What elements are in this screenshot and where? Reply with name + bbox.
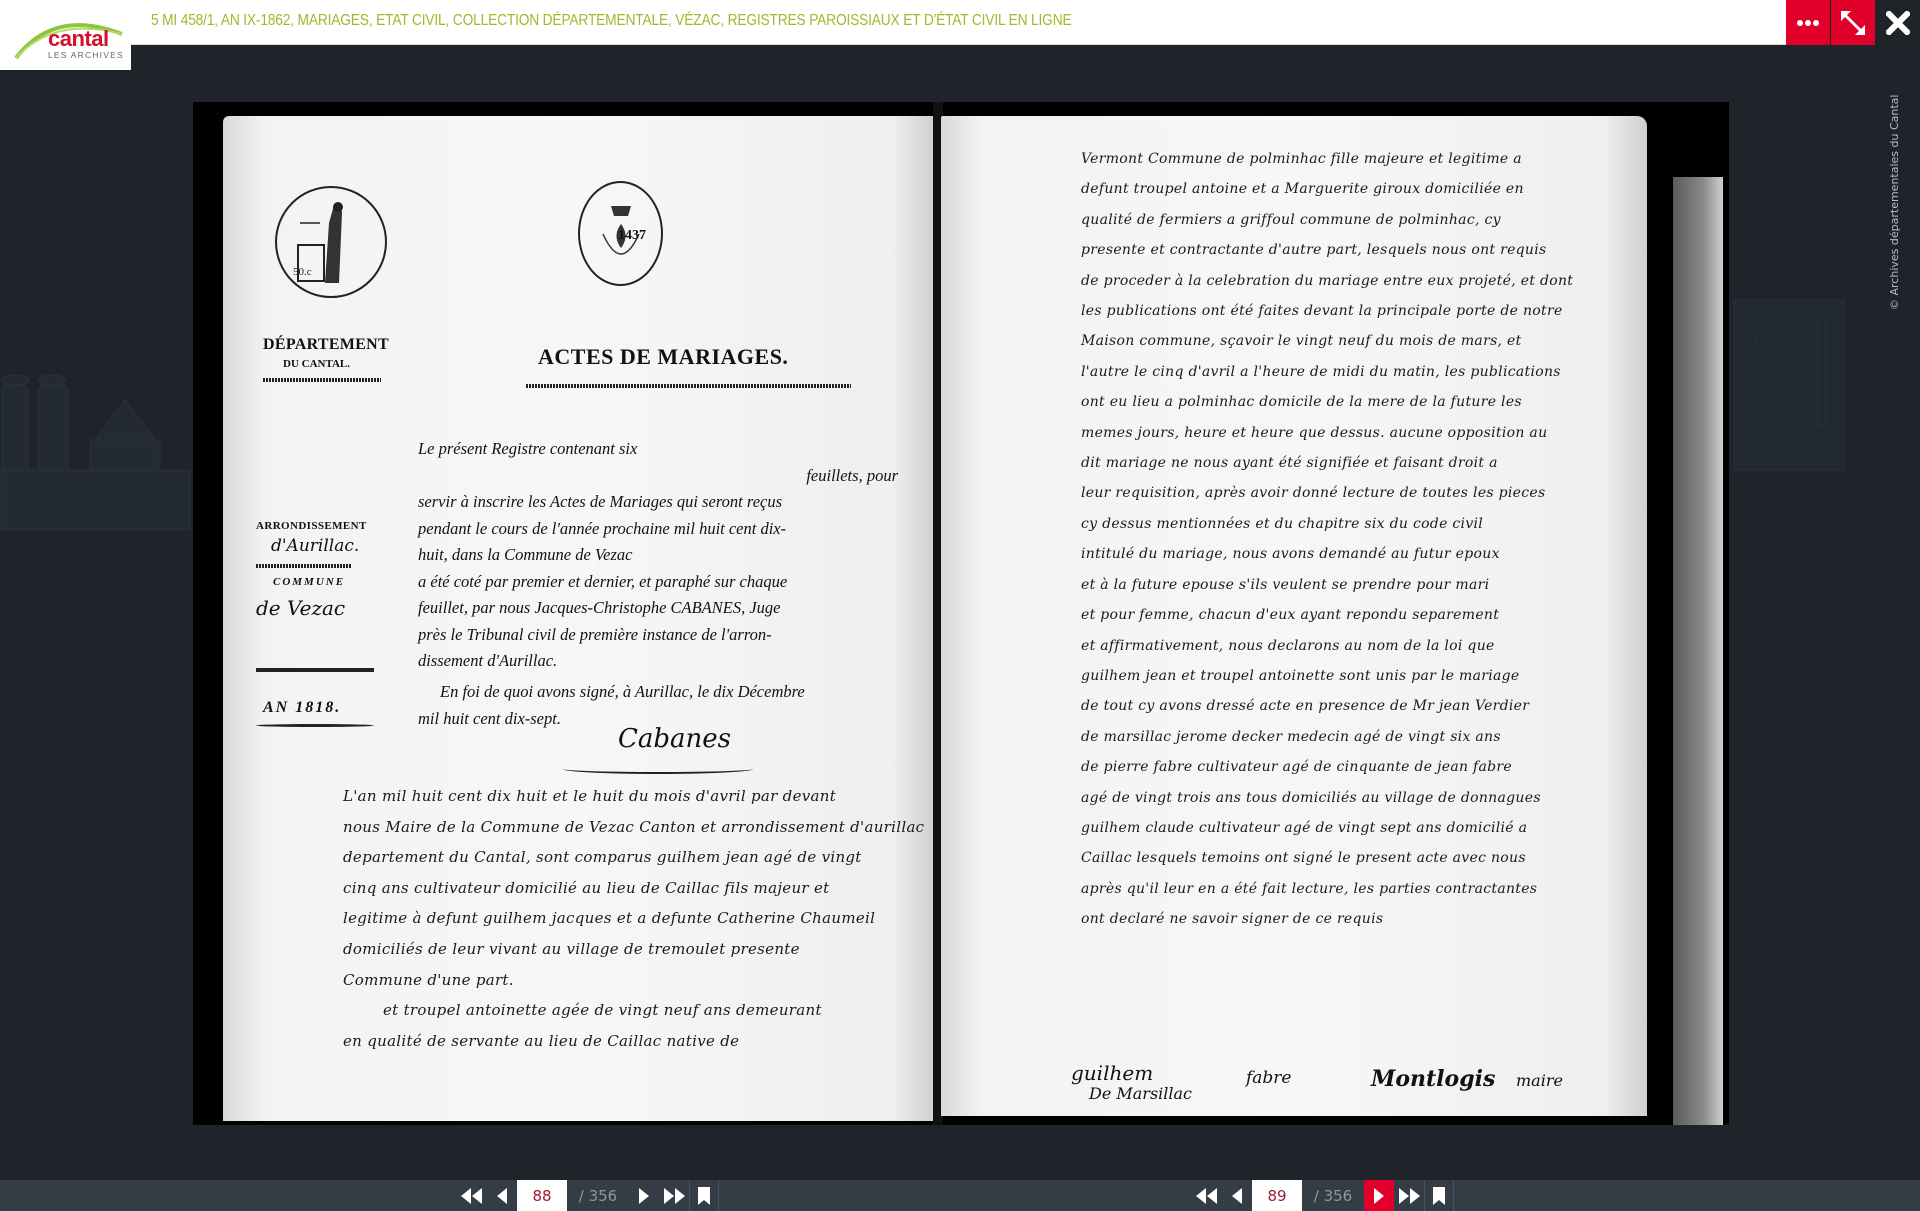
next-page-edge <box>1673 177 1723 1125</box>
bookmark-button[interactable] <box>1424 1180 1454 1211</box>
year-flourish <box>256 724 374 727</box>
divider-ornament <box>263 378 381 382</box>
background-illustration-king <box>1729 295 1849 475</box>
mayor-signature: Montlogis <box>1371 1066 1495 1092</box>
department-title: DÉPARTEMENT <box>263 336 389 354</box>
commune-value: de Vezac <box>256 596 345 620</box>
double-chevron-left-icon <box>1196 1188 1218 1204</box>
document-image[interactable]: 50.c 1437 DÉPARTEMENT DU CANTAL. ACTES D… <box>193 102 1729 1125</box>
register-title: ACTES DE MARIAGES. <box>538 344 788 370</box>
next-page-button[interactable] <box>629 1180 659 1211</box>
witness-signature: fabre <box>1246 1068 1292 1088</box>
mayor-title: maire <box>1516 1071 1563 1090</box>
divider-ornament <box>256 564 351 568</box>
next-page-button[interactable] <box>1364 1180 1394 1211</box>
marriage-act-text-continued: Vermont Commune de polminhac fille majeu… <box>1081 144 1573 935</box>
judge-signature: Cabanes <box>618 724 731 754</box>
ellipsis-icon <box>1797 19 1819 27</box>
previous-page-button[interactable] <box>487 1180 517 1211</box>
double-chevron-right-icon <box>1398 1188 1420 1204</box>
witness-signature: guilhem <box>1071 1061 1153 1085</box>
double-chevron-right-icon <box>663 1188 685 1204</box>
first-page-button[interactable] <box>457 1180 487 1211</box>
page-number-input[interactable]: 88 <box>517 1180 567 1211</box>
page-total: / 356 <box>567 1180 629 1211</box>
chevron-right-icon <box>638 1188 650 1204</box>
close-button[interactable] <box>1876 0 1920 45</box>
department-subtitle: DU CANTAL. <box>283 358 350 370</box>
arrondissement-label: ARRONDISSEMENT <box>256 520 367 532</box>
margin-number: 1437 <box>618 228 646 244</box>
more-options-button[interactable] <box>1786 0 1830 45</box>
last-page-button[interactable] <box>1394 1180 1424 1211</box>
double-chevron-left-icon <box>461 1188 483 1204</box>
register-year: AN 1818. <box>263 699 341 717</box>
close-x-icon <box>1886 11 1910 35</box>
background-illustration <box>0 330 200 540</box>
left-page-pager: 88 / 356 <box>457 1180 719 1211</box>
chevron-right-icon <box>1373 1188 1385 1204</box>
bookmark-icon <box>698 1187 710 1205</box>
marriage-act-text: L'an mil huit cent dix huit et le huit d… <box>343 781 924 1056</box>
right-page: Vermont Commune de polminhac fille majeu… <box>941 116 1647 1116</box>
justice-seal-stamp: 50.c <box>275 186 387 298</box>
signature-flourish <box>563 764 753 774</box>
previous-page-button[interactable] <box>1222 1180 1252 1211</box>
bookmark-icon <box>1433 1187 1445 1205</box>
register-preamble: Le présent Registre contenant six feuill… <box>418 436 898 675</box>
page-number-input[interactable]: 89 <box>1252 1180 1302 1211</box>
expand-arrows-icon <box>1840 10 1866 36</box>
witness-signature: De Marsillac <box>1089 1084 1192 1103</box>
bookmark-button[interactable] <box>689 1180 719 1211</box>
copyright-watermark: © Archives départementales du Cantal <box>1888 95 1901 310</box>
pager-bar: 88 / 356 89 / 356 <box>0 1180 1920 1211</box>
archive-viewer: cantal LES ARCHIVES 5 MI 458/1, AN IX-18… <box>0 0 1920 1211</box>
chevron-left-icon <box>1231 1188 1243 1204</box>
arrondissement-value: d'Aurillac. <box>271 536 359 556</box>
title-underline-ornament <box>526 384 851 388</box>
fullscreen-button[interactable] <box>1831 0 1875 45</box>
logo-brand: cantal <box>48 26 109 52</box>
right-page-pager: 89 / 356 <box>1192 1180 1454 1211</box>
header-bar: 5 MI 458/1, AN IX-1862, MARIAGES, ETAT C… <box>131 0 1786 45</box>
logo-subtitle: LES ARCHIVES <box>48 50 124 60</box>
last-page-button[interactable] <box>659 1180 689 1211</box>
chevron-left-icon <box>496 1188 508 1204</box>
page-total: / 356 <box>1302 1180 1364 1211</box>
commune-label: COMMUNE <box>273 576 345 588</box>
first-page-button[interactable] <box>1192 1180 1222 1211</box>
logo[interactable]: cantal LES ARCHIVES <box>0 0 131 70</box>
left-page: 50.c 1437 DÉPARTEMENT DU CANTAL. ACTES D… <box>223 116 935 1121</box>
seal-value: 50.c <box>293 266 312 278</box>
page-title: 5 MI 458/1, AN IX-1862, MARIAGES, ETAT C… <box>151 12 1071 30</box>
divider-rule <box>256 668 374 672</box>
